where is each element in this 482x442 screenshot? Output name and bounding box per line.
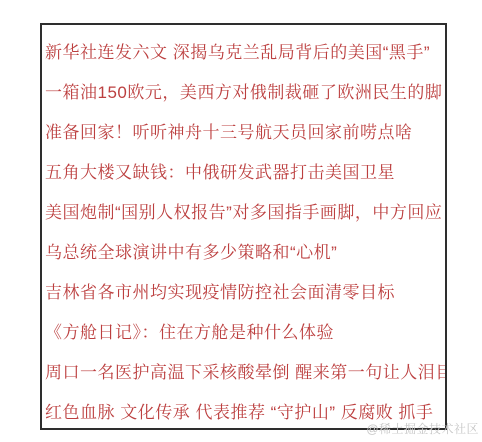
headline-line: 五角大楼又缺钱：中俄研发武器打击美国卫星 xyxy=(45,153,445,193)
headline-line: 《方舱日记》：住在方舱是种什么体验 xyxy=(45,313,445,353)
headline-line: 乌总统全球演讲中有多少策略和“心机” xyxy=(45,233,445,273)
headline-line: 吉林省各市州均实现疫情防控社会面清零目标 xyxy=(45,273,445,313)
headline-line: 周口一名医护高温下采核酸晕倒 醒来第一句让人泪目 xyxy=(45,353,445,393)
headline-line: 美国炮制“国别人权报告”对多国指手画脚，中方回应 xyxy=(45,193,445,233)
headline-line: 一箱油150欧元，美西方对俄制裁砸了欧洲民生的脚 xyxy=(45,73,445,113)
headline-list-box: 新华社连发六文 深揭乌克兰乱局背后的美国“黑手” 一箱油150欧元，美西方对俄制… xyxy=(40,23,447,430)
headline-screenshot-page: 新华社连发六文 深揭乌克兰乱局背后的美国“黑手” 一箱油150欧元，美西方对俄制… xyxy=(0,0,482,442)
headline-line: 准备回家！听听神舟十三号航天员回家前唠点啥 xyxy=(45,113,445,153)
watermark: @稀土掘金技术社区 xyxy=(366,420,479,437)
headline-line: 新华社连发六文 深揭乌克兰乱局背后的美国“黑手” xyxy=(45,33,445,73)
